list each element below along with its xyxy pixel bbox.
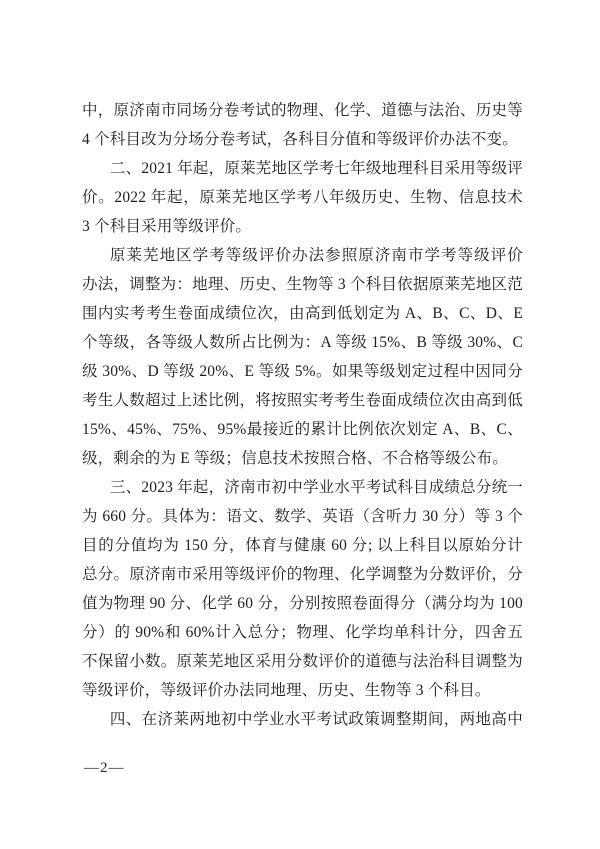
- text-line: 原莱芜地区学考等级评价办法参照原济南市学考等级评价: [82, 241, 523, 270]
- text-line: 总分。原济南市采用等级评价的物理、化学调整为分数评价，分: [82, 560, 523, 589]
- text-line: 分）的 90%和 60%计入总分；物理、化学均单科计分，四舍五入，: [82, 618, 523, 647]
- text-line: 考生人数超过上述比例，将按照实考考生卷面成绩位次由高到低: [82, 386, 523, 415]
- text-line: 级 30%、D 等级 20%、E 等级 5%。如果等级划定过程中因同分压线: [82, 357, 523, 386]
- text-line: 三、2023 年起，济南市初中学业水平考试科目成绩总分统一: [82, 473, 523, 502]
- text-line: 15%、45%、75%、95%最接近的累计比例依次划定 A、B、C、D 的等: [82, 415, 523, 444]
- text-line: 目的分值均为 150 分，体育与健康 60 分; 以上科目以原始分计入: [82, 531, 523, 560]
- text-line: 3 个科目采用等级评价。: [82, 212, 523, 241]
- text-line: 二、2021 年起，原莱芜地区学考七年级地理科目采用等级评: [82, 154, 523, 183]
- text-line: 等级评价，等级评价办法同地理、历史、生物等 3 个科目。: [82, 676, 523, 705]
- text-line: 个等级，各等级人数所占比例为：A 等级 15%、B 等级 30%、C 等: [82, 328, 523, 357]
- text-line: 级，剩余的为 E 等级；信息技术按照合格、不合格等级公布。: [82, 444, 523, 473]
- text-line: 四、在济莱两地初中学业水平考试政策调整期间，两地高中: [82, 705, 523, 734]
- document-body: 中，原济南市同场分卷考试的物理、化学、道德与法治、历史等 4 个科目改为分场分卷…: [82, 96, 523, 734]
- text-line: 价。2022 年起，原莱芜地区学考八年级历史、生物、信息技术等: [82, 183, 523, 212]
- text-line: 4 个科目改为分场分卷考试，各科目分值和等级评价办法不变。: [82, 125, 523, 154]
- text-line: 为 660 分。具体为：语文、数学、英语（含听力 30 分）等 3 个科: [82, 502, 523, 531]
- text-line: 围内实考考生卷面成绩位次，由高到低划定为 A、B、C、D、E 五: [82, 299, 523, 328]
- page-number: —2—: [84, 760, 125, 777]
- document-page: 中，原济南市同场分卷考试的物理、化学、道德与法治、历史等 4 个科目改为分场分卷…: [0, 0, 600, 849]
- text-line: 值为物理 90 分、化学 60 分，分别按照卷面得分（满分均为 100: [82, 589, 523, 618]
- text-line: 不保留小数。原莱芜地区采用分数评价的道德与法治科目调整为: [82, 647, 523, 676]
- text-line: 办法，调整为：地理、历史、生物等 3 个科目依据原莱芜地区范: [82, 270, 523, 299]
- text-line: 中，原济南市同场分卷考试的物理、化学、道德与法治、历史等: [82, 96, 523, 125]
